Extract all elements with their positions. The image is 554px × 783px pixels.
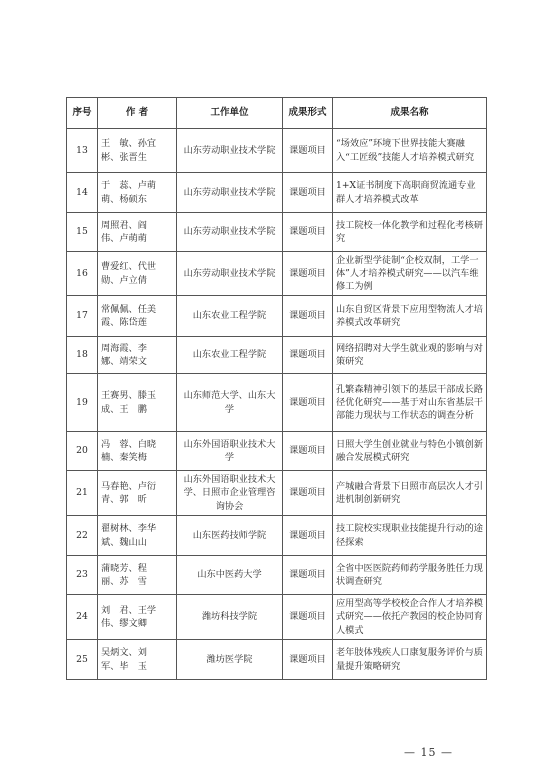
table-row: 17常佩佩、任美霞、陈岱莲山东农业工程学院课题项目山东自贸区背景下应用型物流人才… [67, 296, 487, 337]
table-row: 13王 敏、孙宜彬、张晋生山东劳动职业技术学院课题项目“场效应”环境下世界技能大… [67, 129, 487, 173]
table-row: 16曹爱红、代世勋、卢立倩山东劳动职业技术学院课题项目企业新型学徒制“企校双制，… [67, 252, 487, 296]
work-unit-cell: 潍坊医学院 [177, 640, 283, 680]
work-unit-cell: 山东劳动职业技术学院 [177, 129, 283, 173]
result-form-cell: 课题项目 [283, 595, 333, 640]
result-form-cell: 课题项目 [283, 213, 333, 252]
authors-cell: 冯 蓉、白晓楠、秦笑梅 [98, 432, 177, 471]
serial-no-cell: 16 [67, 252, 98, 296]
serial-no-cell: 22 [67, 516, 98, 556]
serial-no-cell: 14 [67, 173, 98, 213]
result-title-cell: 1+X证书制度下高职商贸流通专业群人才培养模式改革 [333, 173, 487, 213]
document-page: 序号 作 者 工作单位 成果形式 成果名称 13王 敏、孙宜彬、张晋生山东劳动职… [0, 0, 554, 783]
serial-no-cell: 24 [67, 595, 98, 640]
table-row: 21马春艳、卢衍青、郭 昕山东外国语职业技术大学、日照市企业管理咨询协会课题项目… [67, 471, 487, 516]
result-form-cell: 课题项目 [283, 337, 333, 374]
work-unit-cell: 山东农业工程学院 [177, 337, 283, 374]
result-form-cell: 课题项目 [283, 296, 333, 337]
serial-no-cell: 25 [67, 640, 98, 680]
result-title-cell: 孔繁森精神引领下的基层干部成长路径优化研究——基于对山东省基层干部能力现状与工作… [333, 374, 487, 432]
result-title-cell: 技工院校实现职业技能提升行动的途径探索 [333, 516, 487, 556]
authors-cell: 于 蕊、卢萌萌、杨硕东 [98, 173, 177, 213]
table-row: 23蒲晓芳、程 丽、苏 雪山东中医药大学课题项目全省中医医院药师药学服务胜任力现… [67, 556, 487, 595]
work-unit-cell: 山东外国语职业技术大学、日照市企业管理咨询协会 [177, 471, 283, 516]
result-form-cell: 课题项目 [283, 374, 333, 432]
result-form-cell: 课题项目 [283, 471, 333, 516]
table-row: 24刘 君、王学伟、缪文卿潍坊科技学院课题项目应用型高等学校校企合作人才培养模式… [67, 595, 487, 640]
result-form-cell: 课题项目 [283, 173, 333, 213]
header-result-form: 成果形式 [283, 98, 333, 129]
authors-cell: 周照君、阎 伟、卢萌萌 [98, 213, 177, 252]
table-row: 20冯 蓉、白晓楠、秦笑梅山东外国语职业技术大学课题项目日照大学生创业就业与特色… [67, 432, 487, 471]
authors-cell: 王 敏、孙宜彬、张晋生 [98, 129, 177, 173]
work-unit-cell: 山东中医药大学 [177, 556, 283, 595]
header-serial-no: 序号 [67, 98, 98, 129]
serial-no-cell: 15 [67, 213, 98, 252]
serial-no-cell: 23 [67, 556, 98, 595]
work-unit-cell: 山东农业工程学院 [177, 296, 283, 337]
authors-cell: 马春艳、卢衍青、郭 昕 [98, 471, 177, 516]
table-body: 13王 敏、孙宜彬、张晋生山东劳动职业技术学院课题项目“场效应”环境下世界技能大… [67, 129, 487, 680]
work-unit-cell: 山东劳动职业技术学院 [177, 173, 283, 213]
work-unit-cell: 山东医药技师学院 [177, 516, 283, 556]
header-work-unit: 工作单位 [177, 98, 283, 129]
table-row: 19王赛男、滕玉成、王 鹏山东师范大学、山东大学课题项目孔繁森精神引领下的基层干… [67, 374, 487, 432]
results-table: 序号 作 者 工作单位 成果形式 成果名称 13王 敏、孙宜彬、张晋生山东劳动职… [66, 97, 487, 680]
table-row: 15周照君、阎 伟、卢萌萌山东劳动职业技术学院课题项目技工院校一体化教学和过程化… [67, 213, 487, 252]
result-form-cell: 课题项目 [283, 556, 333, 595]
authors-cell: 常佩佩、任美霞、陈岱莲 [98, 296, 177, 337]
serial-no-cell: 21 [67, 471, 98, 516]
authors-cell: 曹爱红、代世勋、卢立倩 [98, 252, 177, 296]
header-authors: 作 者 [98, 98, 177, 129]
result-form-cell: 课题项目 [283, 516, 333, 556]
work-unit-cell: 山东外国语职业技术大学 [177, 432, 283, 471]
authors-cell: 吴炳文、刘 军、毕 玉 [98, 640, 177, 680]
table-row: 25吴炳文、刘 军、毕 玉潍坊医学院课题项目老年肢体残疾人口康复服务评价与质量提… [67, 640, 487, 680]
work-unit-cell: 山东劳动职业技术学院 [177, 213, 283, 252]
result-form-cell: 课题项目 [283, 640, 333, 680]
table-row: 18周海霞、李 娜、靖荣文山东农业工程学院课题项目网络招聘对大学生就业观的影响与… [67, 337, 487, 374]
result-title-cell: 技工院校一体化教学和过程化考核研究 [333, 213, 487, 252]
authors-cell: 刘 君、王学伟、缪文卿 [98, 595, 177, 640]
page-number: — 15 — [404, 746, 453, 759]
result-title-cell: “场效应”环境下世界技能大赛融入“工匠级”技能人才培养模式研究 [333, 129, 487, 173]
serial-no-cell: 19 [67, 374, 98, 432]
authors-cell: 翟树林、李华斌、魏山山 [98, 516, 177, 556]
authors-cell: 王赛男、滕玉成、王 鹏 [98, 374, 177, 432]
result-form-cell: 课题项目 [283, 252, 333, 296]
result-title-cell: 企业新型学徒制“企校双制，工学一体”人才培养模式研究——以汽车维修工为例 [333, 252, 487, 296]
serial-no-cell: 13 [67, 129, 98, 173]
result-title-cell: 山东自贸区背景下应用型物流人才培养模式改革研究 [333, 296, 487, 337]
serial-no-cell: 17 [67, 296, 98, 337]
work-unit-cell: 山东劳动职业技术学院 [177, 252, 283, 296]
result-title-cell: 应用型高等学校校企合作人才培养模式研究——依托产教园的校企协同育人模式 [333, 595, 487, 640]
result-title-cell: 产城融合背景下日照市高层次人才引进机制创新研究 [333, 471, 487, 516]
work-unit-cell: 山东师范大学、山东大学 [177, 374, 283, 432]
table-row: 22翟树林、李华斌、魏山山山东医药技师学院课题项目技工院校实现职业技能提升行动的… [67, 516, 487, 556]
result-title-cell: 网络招聘对大学生就业观的影响与对策研究 [333, 337, 487, 374]
table-header-row: 序号 作 者 工作单位 成果形式 成果名称 [67, 98, 487, 129]
result-title-cell: 日照大学生创业就业与特色小镇创新融合发展模式研究 [333, 432, 487, 471]
authors-cell: 蒲晓芳、程 丽、苏 雪 [98, 556, 177, 595]
header-result-title: 成果名称 [333, 98, 487, 129]
serial-no-cell: 20 [67, 432, 98, 471]
result-form-cell: 课题项目 [283, 432, 333, 471]
table-row: 14于 蕊、卢萌萌、杨硕东山东劳动职业技术学院课题项目1+X证书制度下高职商贸流… [67, 173, 487, 213]
result-title-cell: 全省中医医院药师药学服务胜任力现状调查研究 [333, 556, 487, 595]
authors-cell: 周海霞、李 娜、靖荣文 [98, 337, 177, 374]
serial-no-cell: 18 [67, 337, 98, 374]
result-title-cell: 老年肢体残疾人口康复服务评价与质量提升策略研究 [333, 640, 487, 680]
result-form-cell: 课题项目 [283, 129, 333, 173]
work-unit-cell: 潍坊科技学院 [177, 595, 283, 640]
